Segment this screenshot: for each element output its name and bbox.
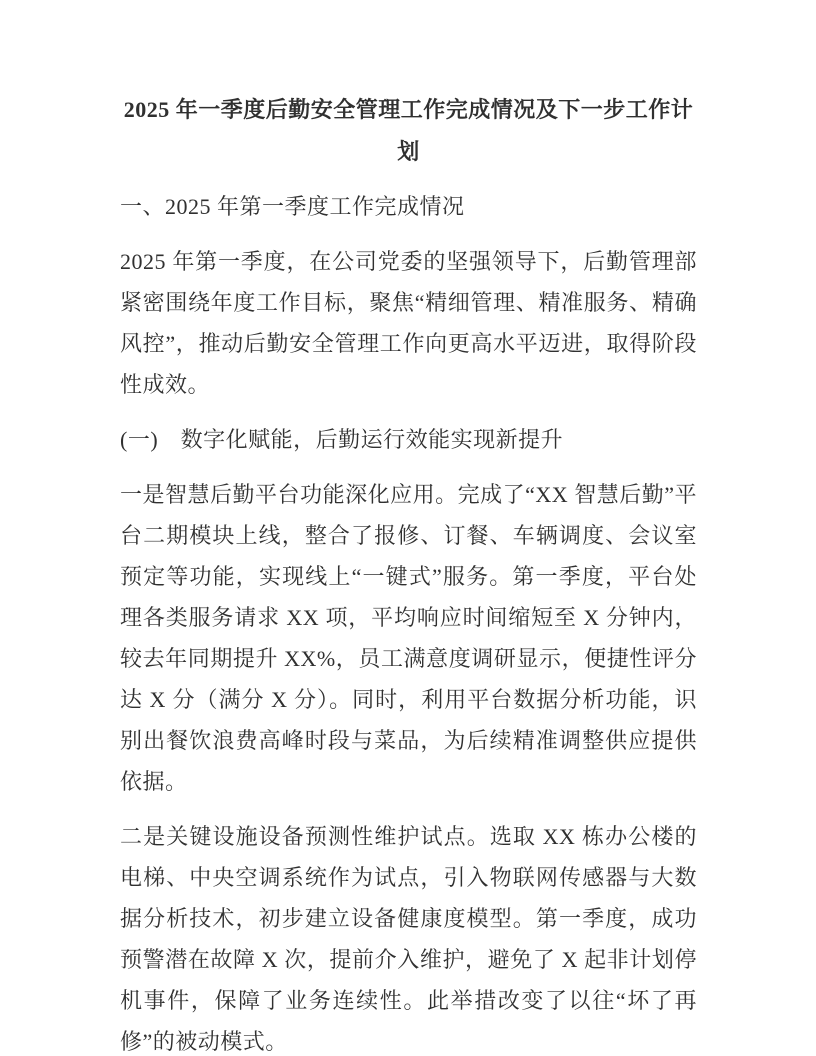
subsection-heading-1: (一) 数字化赋能，后勤运行效能实现新提升 — [120, 419, 697, 460]
paragraph-section1-intro: 2025 年第一季度，在公司党委的坚强领导下，后勤管理部紧密围绕年度工作目标，聚… — [120, 241, 697, 405]
paragraph-subsection1-item2: 二是关键设施设备预测性维护试点。选取 XX 栋办公楼的电梯、中央空调系统作为试点… — [120, 816, 697, 1056]
document-page: 2025 年一季度后勤安全管理工作完成情况及下一步工作计划 一、2025 年第一… — [0, 0, 816, 1056]
document-title: 2025 年一季度后勤安全管理工作完成情况及下一步工作计划 — [120, 89, 697, 173]
paragraph-subsection1-item1: 一是智慧后勤平台功能深化应用。完成了“XX 智慧后勤”平台二期模块上线，整合了报… — [120, 474, 697, 802]
section-heading-1: 一、2025 年第一季度工作完成情况 — [120, 186, 697, 227]
